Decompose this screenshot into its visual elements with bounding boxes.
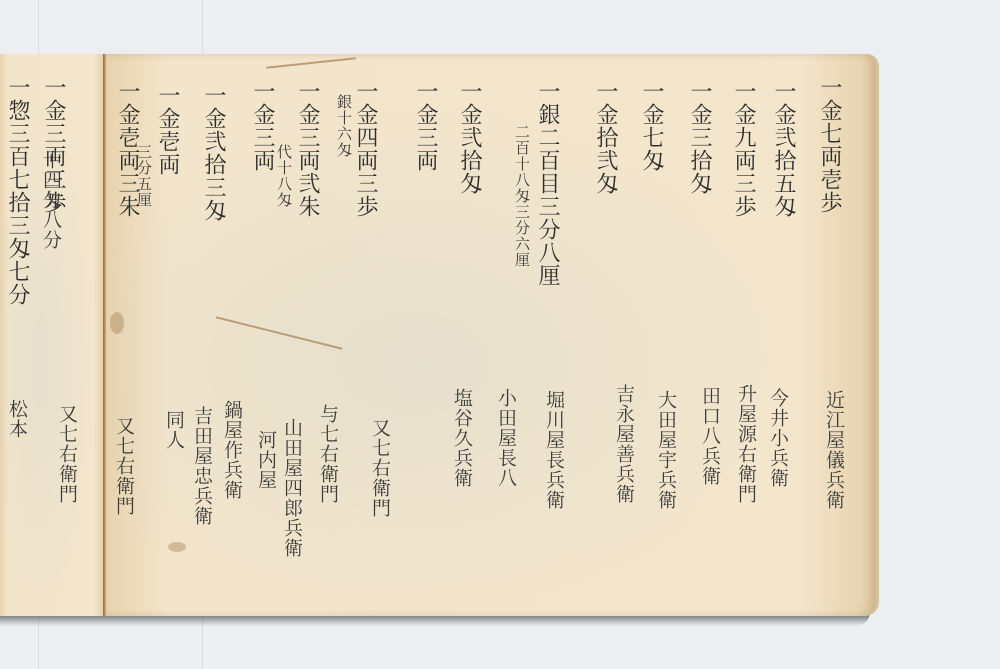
merchant-name: 今井小兵衛 — [768, 388, 787, 488]
merchant-name: 鍋屋作兵衛 — [222, 400, 241, 500]
ledger-entry: 一金三両 — [251, 80, 273, 172]
merchant-name: 堀川屋長兵衛 — [544, 390, 563, 510]
merchant-name: 山田屋四郎兵衛 — [282, 418, 301, 558]
left-page: 一惣三百七拾三匁七分 一金三両三歩 十四匁八分 松本 又七右衛門 — [0, 54, 105, 616]
ledger-entry: 一金三両 — [414, 80, 436, 172]
merchant-name: 与七右衛門 — [318, 404, 337, 504]
right-page: 一金七両壱歩 一金弐拾五匁 一金九両三歩 一金三拾匁 一金七匁 一金拾弐匁 一銀… — [106, 54, 879, 616]
ledger-entry-note: 銀十六匁 — [336, 94, 351, 158]
paper-crack — [266, 57, 356, 68]
merchant-name: 近江屋儀兵衛 — [824, 390, 843, 510]
ledger-entry: 一金三両弐朱 — [296, 80, 318, 218]
ledger-entry: 一金七匁 — [640, 80, 662, 172]
merchant-name: 升屋源右衛門 — [736, 384, 755, 504]
ledger-entry: 一金弐拾三匁 — [202, 84, 224, 222]
ledger-entry: 一金拾弐匁 — [594, 80, 616, 195]
merchant-name: 河内屋 — [256, 430, 275, 490]
merchant-name: 吉田屋忠兵衛 — [192, 406, 211, 526]
ledger-entry: 一金壱両 — [156, 84, 178, 176]
merchant-name: 吉永屋善兵衛 — [614, 384, 633, 504]
open-book: 一惣三百七拾三匁七分 一金三両三歩 十四匁八分 松本 又七右衛門 一金七両壱歩 … — [0, 54, 878, 616]
merchant-name: 小田屋長八 — [496, 388, 515, 488]
ledger-entry: 一金九両三歩 — [732, 80, 754, 218]
ledger-entry-note: 二百十八匁三分六厘 — [514, 124, 529, 268]
ledger-entry: 一金弐拾匁 — [458, 80, 480, 195]
merchant-name: 塩谷久兵衛 — [452, 388, 471, 488]
paper-crack — [216, 316, 343, 349]
ledger-entry: 一金壱両三朱 — [116, 80, 138, 218]
merchant-name: 又七右衛門 — [114, 416, 133, 516]
merchant-name: 大田屋宇兵衛 — [656, 390, 675, 510]
ledger-entry: 一銀二百目三分八厘 — [536, 80, 558, 287]
ledger-entry: 一金四両三歩 — [354, 80, 376, 218]
left-upper-column: 十四匁八分 — [41, 150, 60, 250]
merchant-name: 又七右衛門 — [370, 418, 389, 518]
ledger-entry: 一金七両壱歩 — [818, 76, 840, 214]
left-upper-column: 一惣三百七拾三匁七分 — [6, 76, 28, 306]
ledger-entry: 一金弐拾五匁 — [772, 80, 794, 218]
ledger-entry-note: 代十八匁 — [276, 144, 291, 208]
merchant-name: 同人 — [164, 410, 183, 450]
ledger-entry: 一金三拾匁 — [688, 80, 710, 195]
merchant-name: 田口八兵衛 — [700, 386, 719, 486]
left-lower-column: 又七右衛門 — [57, 404, 76, 504]
left-lower-column: 松本 — [7, 399, 26, 439]
stain — [168, 542, 186, 552]
stain — [110, 312, 124, 334]
